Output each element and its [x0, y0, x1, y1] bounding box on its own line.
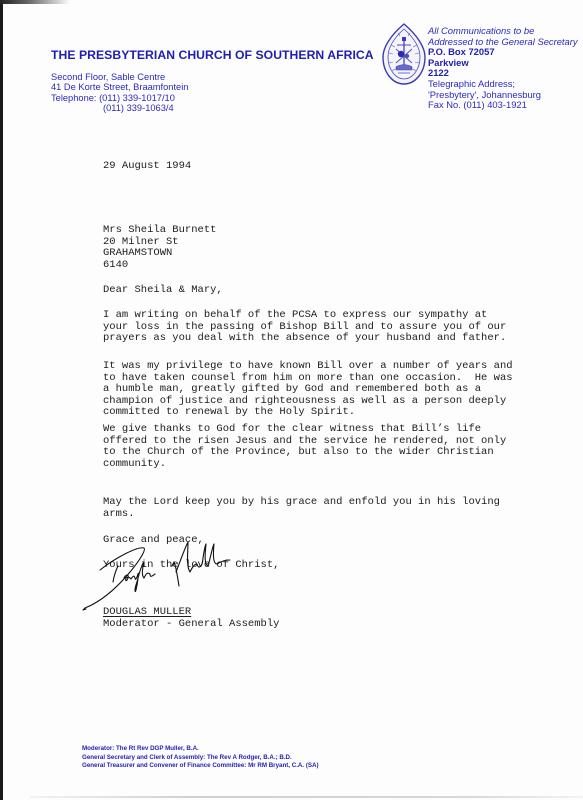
- address-line: 41 De Korte Street, Braamfontein: [51, 82, 188, 92]
- paragraph: We give thanks to God for the clear witn…: [103, 424, 506, 470]
- scan-edge-bottom: [30, 796, 583, 798]
- footer-line-moderator: Moderator: The Rt Rev DGP Muller, B.A.: [82, 745, 319, 754]
- letter-date: 29 August 1994: [103, 161, 191, 173]
- fax-number: Fax No. (011) 403-1921: [428, 100, 578, 111]
- paragraph-line: It was my privilege to have known Bill o…: [103, 361, 513, 373]
- paragraph: It was my privilege to have known Bill o…: [103, 361, 513, 419]
- communications-block: All Communications to be Addressed to th…: [428, 26, 578, 111]
- comm-line: All Communications to be: [428, 26, 578, 37]
- address-line: Second Floor, Sable Centre: [51, 72, 188, 82]
- paragraph: May the Lord keep you by his grace and e…: [103, 497, 500, 520]
- telephone-line: Telephone: (011) 339-1017/10: [51, 93, 188, 103]
- suburb: Parkview: [428, 58, 578, 69]
- church-seal-icon: [381, 23, 427, 85]
- recipient-line: 6140: [103, 260, 216, 272]
- signer-title: Moderator - General Assembly: [103, 619, 279, 631]
- scan-edge-left: [0, 4, 3, 800]
- paragraph-line: committed to renewal by the Holy Spirit.: [103, 407, 513, 419]
- recipient-line: GRAHAMSTOWN: [103, 248, 216, 260]
- paragraph-line: May the Lord keep you by his grace and e…: [103, 497, 500, 509]
- telegraphic-label: Telegraphic Address;: [428, 79, 578, 90]
- paragraph-line: I am writing on behalf of the PCSA to ex…: [103, 310, 506, 322]
- church-address: Second Floor, Sable Centre41 De Korte St…: [51, 72, 188, 114]
- paragraph-line: We give thanks to God for the clear witn…: [103, 424, 506, 436]
- footer-line-treasurer: General Treasurer and Convener of Financ…: [82, 762, 319, 771]
- church-name: THE PRESBYTERIAN CHURCH OF SOUTHERN AFRI…: [51, 48, 374, 62]
- officers-footer: Moderator: The Rt Rev DGP Muller, B.A. G…: [82, 745, 319, 771]
- paragraph-line: community.: [103, 459, 506, 471]
- footer-line-secretary: General Secretary and Clerk of Assembly:…: [82, 754, 319, 763]
- scan-edge-top: [0, 0, 70, 4]
- recipient-address: Mrs Sheila Burnett20 Milner StGRAHAMSTOW…: [103, 225, 216, 271]
- paragraph: I am writing on behalf of the PCSA to ex…: [103, 310, 506, 345]
- telephone-line: (011) 339-1063/4: [51, 103, 188, 113]
- paragraph-line: arms.: [103, 509, 500, 521]
- signer-name: DOUGLAS MULLER: [103, 607, 191, 619]
- recipient-line: Mrs Sheila Burnett: [103, 225, 216, 237]
- paragraph-line: a humble man, greatly gifted by God and …: [103, 384, 513, 396]
- paragraph-line: to the Church of the Province, but also …: [103, 447, 506, 459]
- paragraph-line: prayers as you deal with the absence of …: [103, 333, 506, 345]
- salutation: Dear Sheila & Mary,: [103, 285, 223, 297]
